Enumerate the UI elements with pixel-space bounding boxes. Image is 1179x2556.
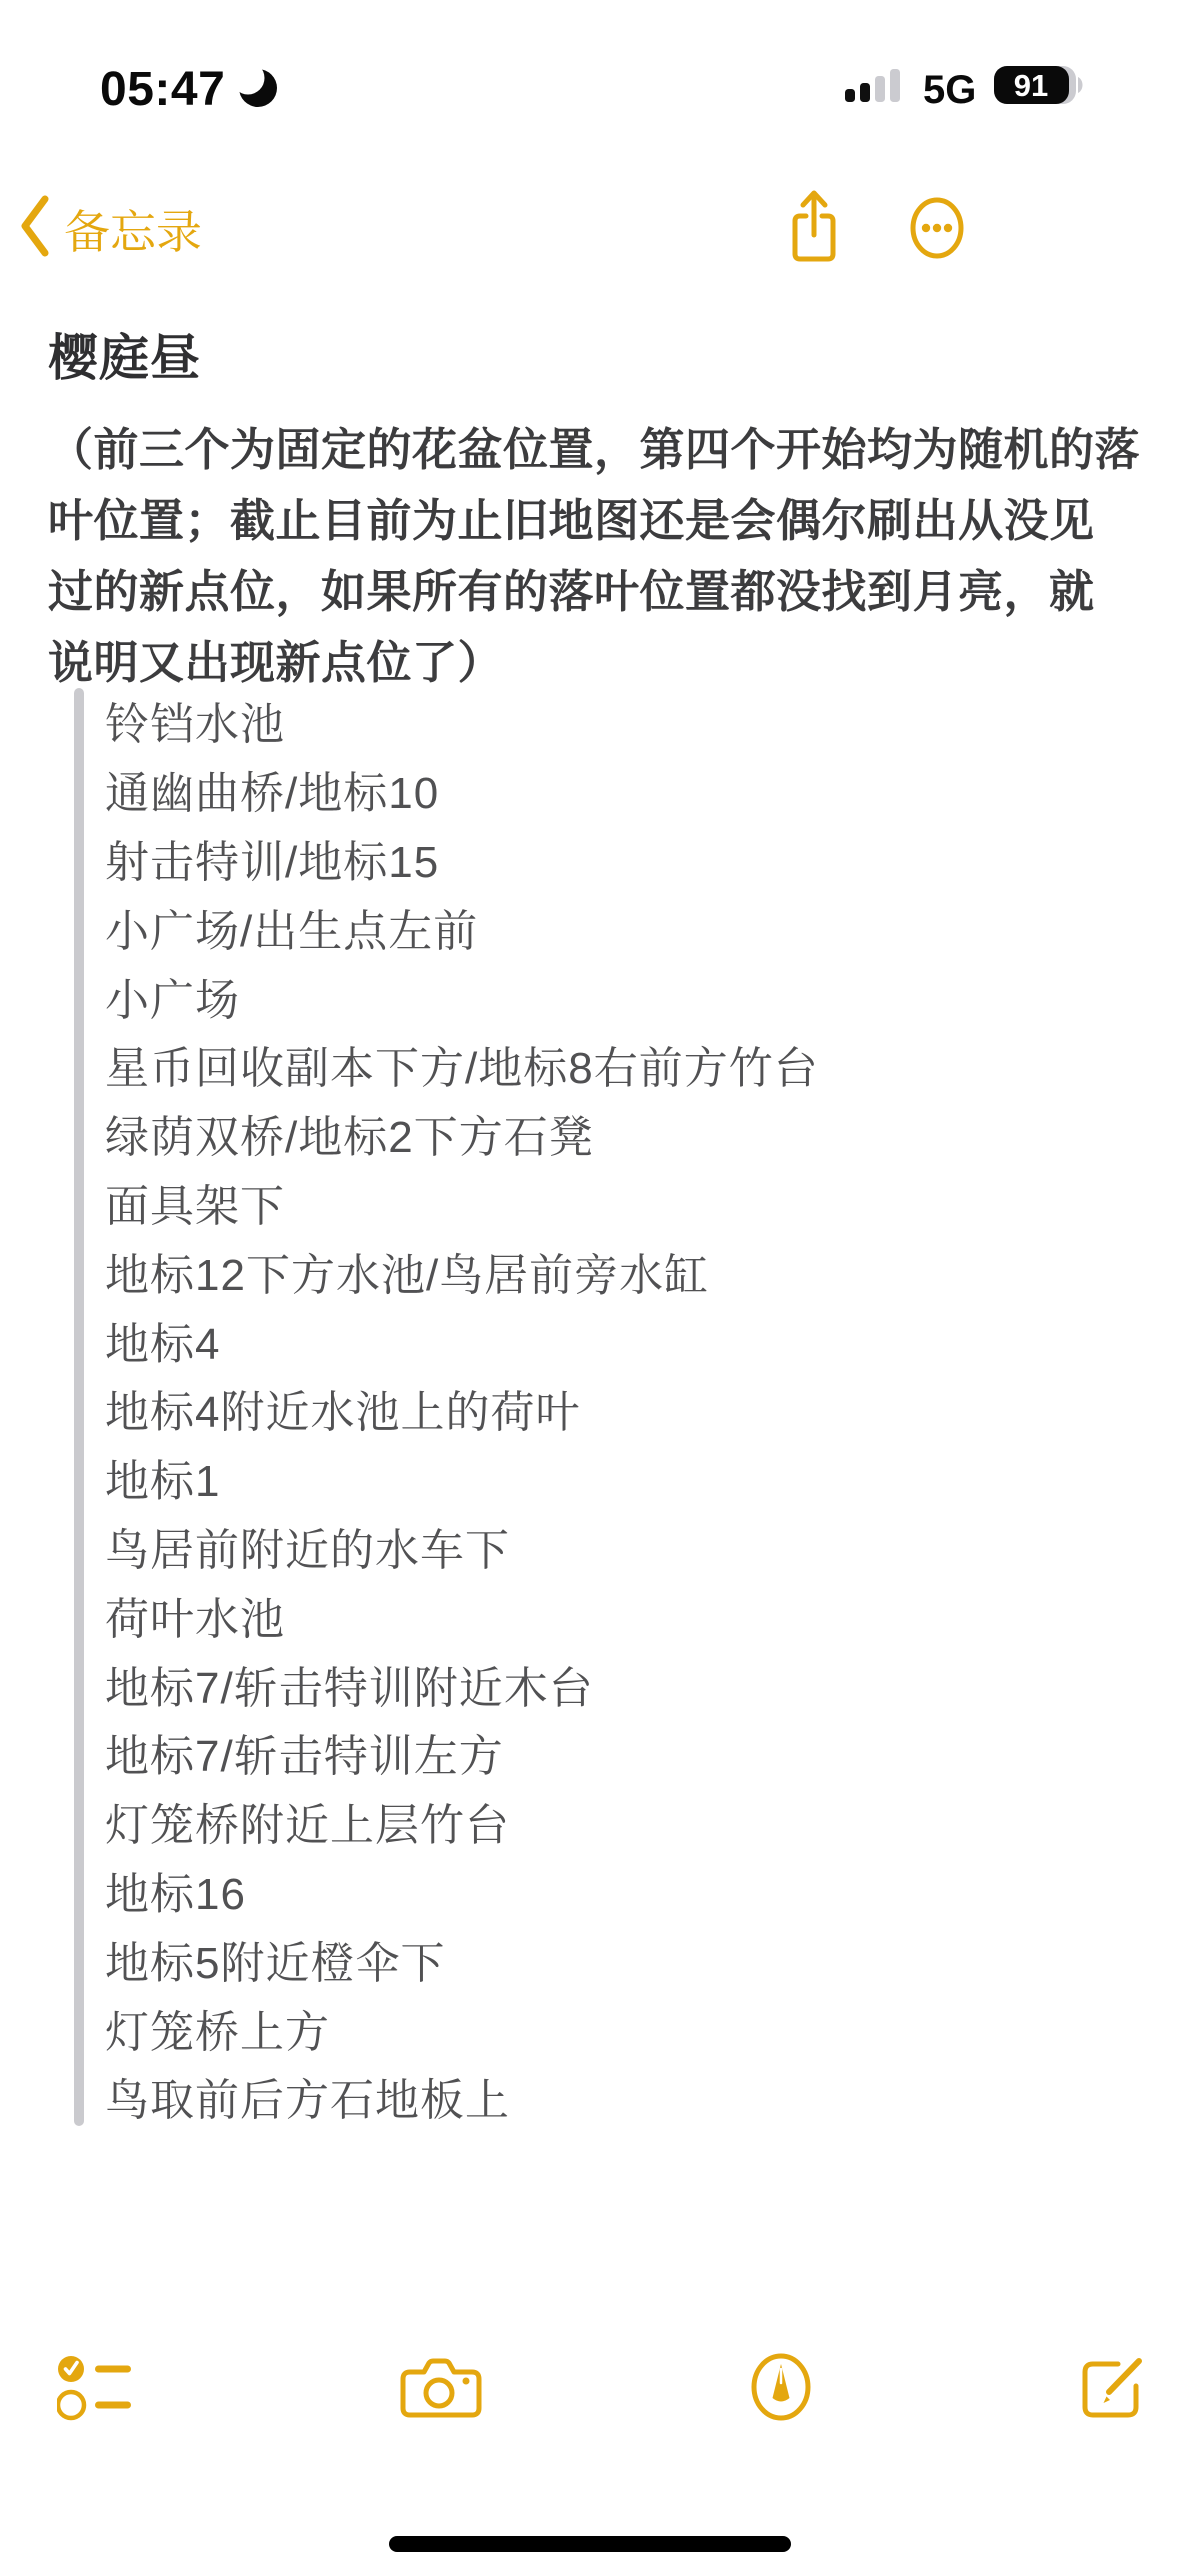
location-list-item: 地标4 — [105, 1305, 1155, 1374]
clock: 05:47 — [100, 62, 225, 117]
location-list-item: 地标12下方水池/鸟居前旁水缸 — [105, 1236, 1155, 1305]
markup-pen-icon — [749, 2409, 813, 2426]
location-list-item: 鸟居前附近的水车下 — [105, 1512, 1155, 1581]
camera-icon — [400, 2405, 482, 2422]
location-list-item: 铃铛水池 — [105, 686, 1155, 755]
note-title: 樱庭昼 — [48, 318, 201, 390]
location-list-item: 灯笼桥上方 — [105, 1993, 1155, 2062]
back-button-label: 备忘录 — [64, 196, 202, 262]
location-list-item: 灯笼桥附近上层竹台 — [105, 1787, 1155, 1856]
location-list-item: 地标7/斩击特训左方 — [105, 1718, 1155, 1787]
markup-button[interactable] — [749, 2352, 813, 2427]
location-list-item: 小广场 — [105, 961, 1155, 1030]
location-list-item: 通幽曲桥/地标10 — [105, 755, 1155, 824]
battery-icon: 91 — [994, 63, 1086, 112]
location-list-item: 绿荫双桥/地标2下方石凳 — [105, 1099, 1155, 1168]
intro-line: 说明又出现新点位了） — [48, 623, 1158, 694]
share-icon — [790, 251, 838, 268]
location-list-item: 星币回收副本下方/地标8右前方竹台 — [105, 1030, 1155, 1099]
location-list: 铃铛水池通幽曲桥/地标10射击特训/地标15小广场/出生点左前小广场星币回收副本… — [105, 686, 1155, 2131]
intro-line: 过的新点位，如果所有的落叶位置都没找到月亮，就 — [48, 552, 1158, 623]
battery-percent-label: 91 — [1014, 68, 1048, 103]
share-button[interactable] — [790, 188, 838, 269]
intro-line: 叶位置；截止目前为止旧地图还是会偶尔刷出从没见 — [48, 481, 1158, 552]
cellular-signal-icon — [845, 64, 907, 111]
compose-icon — [1078, 2409, 1148, 2426]
network-type-label: 5G — [923, 68, 976, 113]
chevron-left-icon — [20, 194, 50, 263]
location-list-item: 地标4附近水池上的荷叶 — [105, 1374, 1155, 1443]
location-list-item: 地标7/斩击特训附近木台 — [105, 1649, 1155, 1718]
location-list-item: 地标1 — [105, 1443, 1155, 1512]
location-list-item: 面具架下 — [105, 1168, 1155, 1237]
location-list-item: 小广场/出生点左前 — [105, 892, 1155, 961]
moon-icon — [232, 64, 278, 115]
location-list-item: 荷叶水池 — [105, 1580, 1155, 1649]
intro-line: （前三个为固定的花盆位置，第四个开始均为随机的落 — [48, 410, 1158, 481]
location-list-item: 地标16 — [105, 1856, 1155, 1925]
location-list-item: 射击特训/地标15 — [105, 824, 1155, 893]
camera-button[interactable] — [400, 2358, 482, 2423]
quote-indent-bar — [74, 688, 84, 2126]
more-button[interactable] — [909, 196, 965, 265]
location-list-item: 地标5附近橙伞下 — [105, 1924, 1155, 1993]
checklist-button[interactable] — [57, 2352, 133, 2427]
note-editor[interactable]: 樱庭昼 （前三个为固定的花盆位置，第四个开始均为随机的落 叶位置；截止目前为止旧… — [0, 290, 1179, 2330]
notes-app-screen: 05:47 5G 91 — [0, 0, 1179, 2556]
compose-button[interactable] — [1078, 2354, 1148, 2427]
ellipsis-circle-icon — [909, 247, 965, 264]
back-button[interactable]: 备忘录 — [20, 194, 202, 263]
note-intro-paragraph: （前三个为固定的花盆位置，第四个开始均为随机的落 叶位置；截止目前为止旧地图还是… — [48, 410, 1158, 694]
checklist-icon — [57, 2409, 133, 2426]
location-list-item: 鸟取前后方石地板上 — [105, 2062, 1155, 2131]
home-indicator[interactable] — [389, 2536, 791, 2552]
